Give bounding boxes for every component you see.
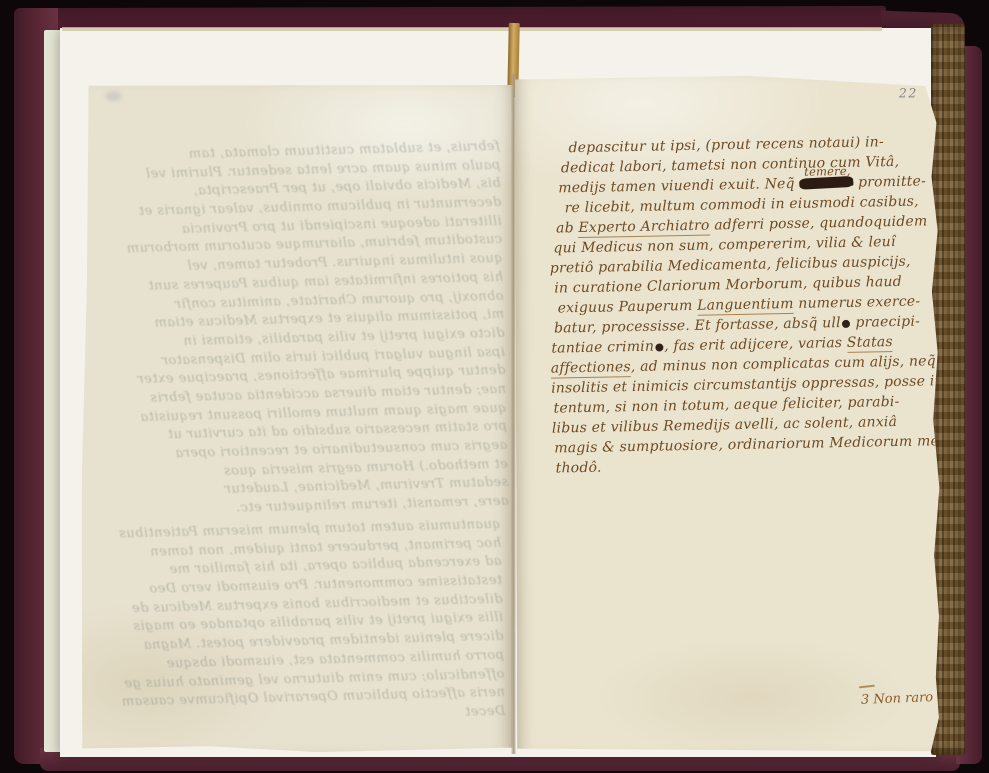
pencil-smudge bbox=[105, 91, 121, 101]
page-stack-top-edge bbox=[62, 27, 882, 31]
ink-dot bbox=[655, 343, 663, 351]
bleed-through-text-block-2: quantumuis autem totum plenum miserum Pa… bbox=[89, 517, 506, 733]
underlined-phrase: Languentium bbox=[697, 296, 794, 316]
underlined-phrase: Experto Archiatro bbox=[578, 218, 710, 239]
catchword-overline bbox=[859, 685, 875, 689]
correction: temere, bbox=[799, 175, 853, 192]
left-page: februis, et sublatam custituum clamata, … bbox=[81, 83, 516, 753]
ink-dot bbox=[842, 320, 850, 328]
manuscript-photograph: februis, et sublatam custituum clamata, … bbox=[0, 0, 989, 773]
underlined-phrase: affectiones bbox=[551, 359, 631, 379]
right-page: 22 depascitur ut ipsi, (prout recens not… bbox=[515, 75, 941, 752]
ink-blot bbox=[799, 176, 854, 190]
catchword: 3 Non raro bbox=[861, 690, 934, 708]
bleed-through-text-block-1: februis, et sublatam custituum clamata, … bbox=[88, 139, 509, 523]
page-number: 22 bbox=[899, 85, 918, 100]
underlined-phrase: Statas bbox=[847, 334, 893, 353]
manuscript-text: depascitur ut ipsi, (prout recens notaui… bbox=[546, 133, 934, 480]
